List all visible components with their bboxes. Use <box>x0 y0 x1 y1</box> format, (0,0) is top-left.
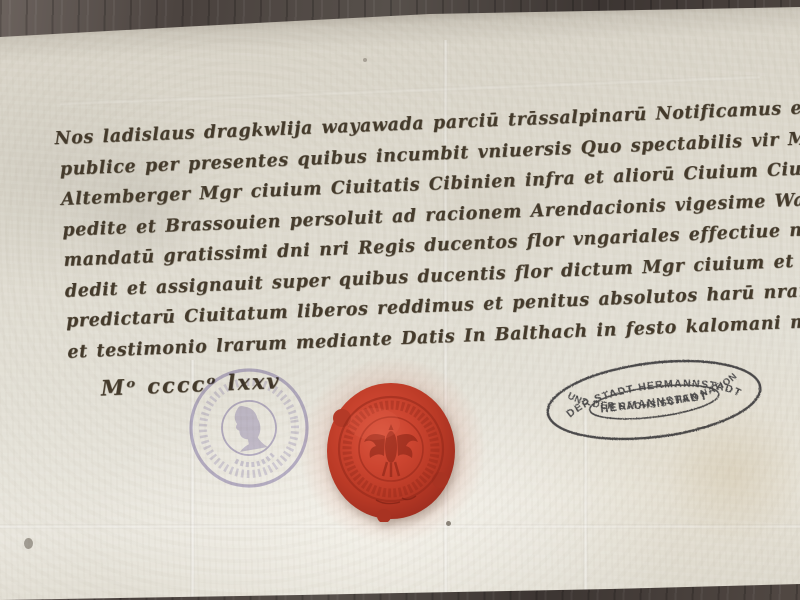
profile-portrait-icon <box>232 403 267 452</box>
photograph-of-manuscript: Nos ladislaus dragkwlija wayawada parciū… <box>0 0 800 600</box>
parchment-sheet: Nos ladislaus dragkwlija wayawada parciū… <box>0 0 800 600</box>
violet-round-stamp <box>176 354 322 502</box>
red-wax-seal <box>324 380 458 522</box>
manuscript-lines: Nos ladislaus dragkwlija wayawada parciū… <box>58 93 800 367</box>
